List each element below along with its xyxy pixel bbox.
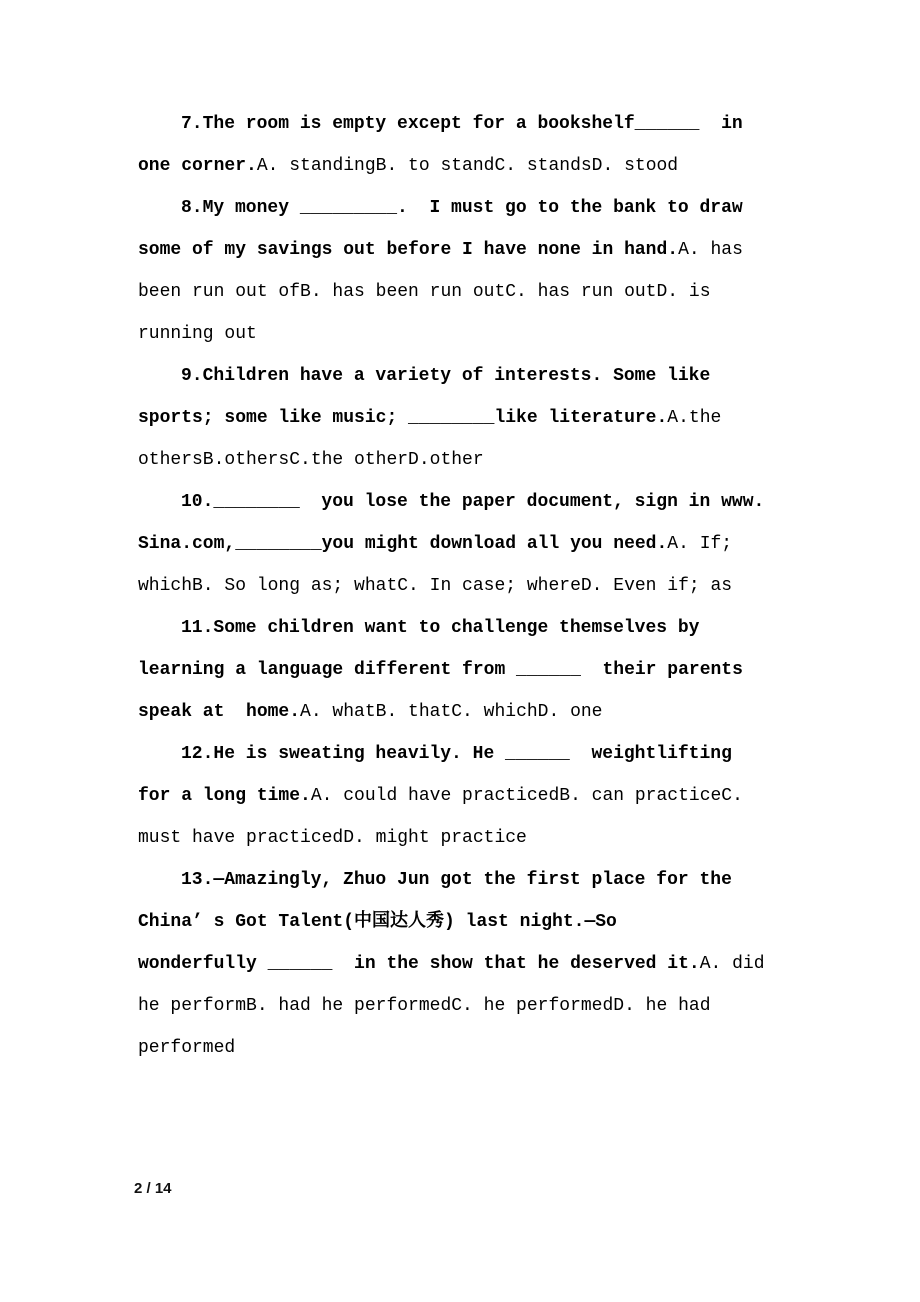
answer-options-text: he performB. had he performedC. he perfo… [138, 996, 711, 1016]
document-page: 7.The room is empty except for a bookshe… [0, 0, 920, 1302]
answer-options-text: A. did [700, 954, 765, 974]
question-line: 11.Some children want to challenge thems… [138, 607, 808, 649]
question-line: some of my savings out before I have non… [138, 229, 808, 271]
question-stem-text: 8.My money _________. I must go to the b… [181, 198, 743, 218]
question-7: 7.The room is empty except for a bookshe… [138, 103, 808, 187]
answer-options-text: performed [138, 1038, 235, 1058]
question-line: one corner.A. standingB. to standC. stan… [138, 145, 808, 187]
question-stem-text: speak at home. [138, 702, 300, 722]
question-stem-text: 11.Some children want to challenge thems… [181, 618, 699, 638]
question-9: 9.Children have a variety of interests. … [138, 355, 808, 481]
question-12: 12.He is sweating heavily. He ______ wei… [138, 733, 808, 859]
question-list: 7.The room is empty except for a bookshe… [138, 103, 808, 1069]
answer-options-text: whichB. So long as; whatC. In case; wher… [138, 576, 732, 596]
question-line: been run out ofB. has been run outC. has… [138, 271, 808, 313]
answer-options-text: A.the [667, 408, 721, 428]
question-line: 13.—Amazingly, Zhuo Jun got the first pl… [138, 859, 808, 901]
answer-options-text: A. whatB. thatC. whichD. one [300, 702, 602, 722]
question-13: 13.—Amazingly, Zhuo Jun got the first pl… [138, 859, 808, 1069]
question-line: speak at home.A. whatB. thatC. whichD. o… [138, 691, 808, 733]
question-stem-text: wonderfully ______ in the show that he d… [138, 954, 700, 974]
page-number: 2 / 14 [134, 1180, 172, 1197]
question-line: must have practicedD. might practice [138, 817, 808, 859]
answer-options-text: A. If; [667, 534, 732, 554]
question-line: 10.________ you lose the paper document,… [138, 481, 808, 523]
question-line: othersB.othersC.the otherD.other [138, 439, 808, 481]
answer-options-text: been run out ofB. has been run outC. has… [138, 282, 711, 302]
question-line: for a long time.A. could have practicedB… [138, 775, 808, 817]
question-line: Sina.com,________you might download all … [138, 523, 808, 565]
answer-options-text: must have practicedD. might practice [138, 828, 527, 848]
question-8: 8.My money _________. I must go to the b… [138, 187, 808, 355]
question-stem-text: 10.________ you lose the paper document,… [181, 492, 764, 512]
question-line: running out [138, 313, 808, 355]
question-stem-text: 12.He is sweating heavily. He ______ wei… [181, 744, 732, 764]
answer-options-text: A. could have practicedB. can practiceC. [311, 786, 743, 806]
question-stem-text: sports; some like music; ________like li… [138, 408, 667, 428]
answer-options-text: running out [138, 324, 257, 344]
answer-options-text: A. has [678, 240, 743, 260]
question-line: 7.The room is empty except for a bookshe… [138, 103, 808, 145]
answer-options-text: othersB.othersC.the otherD.other [138, 450, 484, 470]
question-stem-text: some of my savings out before I have non… [138, 240, 678, 260]
question-line: learning a language different from _____… [138, 649, 808, 691]
question-stem-text: China’ s Got Talent(中国达人秀) last night.—S… [138, 912, 617, 932]
question-line: sports; some like music; ________like li… [138, 397, 808, 439]
question-stem-text: 13.—Amazingly, Zhuo Jun got the first pl… [181, 870, 732, 890]
question-10: 10.________ you lose the paper document,… [138, 481, 808, 607]
answer-options-text: A. standingB. to standC. standsD. stood [257, 156, 678, 176]
question-line: he performB. had he performedC. he perfo… [138, 985, 808, 1027]
question-line: China’ s Got Talent(中国达人秀) last night.—S… [138, 901, 808, 943]
question-stem-text: learning a language different from _____… [138, 660, 743, 680]
question-stem-text: for a long time. [138, 786, 311, 806]
question-stem-text: Sina.com,________you might download all … [138, 534, 667, 554]
question-stem-text: one corner. [138, 156, 257, 176]
question-line: 9.Children have a variety of interests. … [138, 355, 808, 397]
question-line: wonderfully ______ in the show that he d… [138, 943, 808, 985]
question-line: performed [138, 1027, 808, 1069]
question-stem-text: 7.The room is empty except for a bookshe… [181, 114, 743, 134]
question-stem-text: 9.Children have a variety of interests. … [181, 366, 710, 386]
question-line: 12.He is sweating heavily. He ______ wei… [138, 733, 808, 775]
question-line: whichB. So long as; whatC. In case; wher… [138, 565, 808, 607]
question-line: 8.My money _________. I must go to the b… [138, 187, 808, 229]
question-11: 11.Some children want to challenge thems… [138, 607, 808, 733]
